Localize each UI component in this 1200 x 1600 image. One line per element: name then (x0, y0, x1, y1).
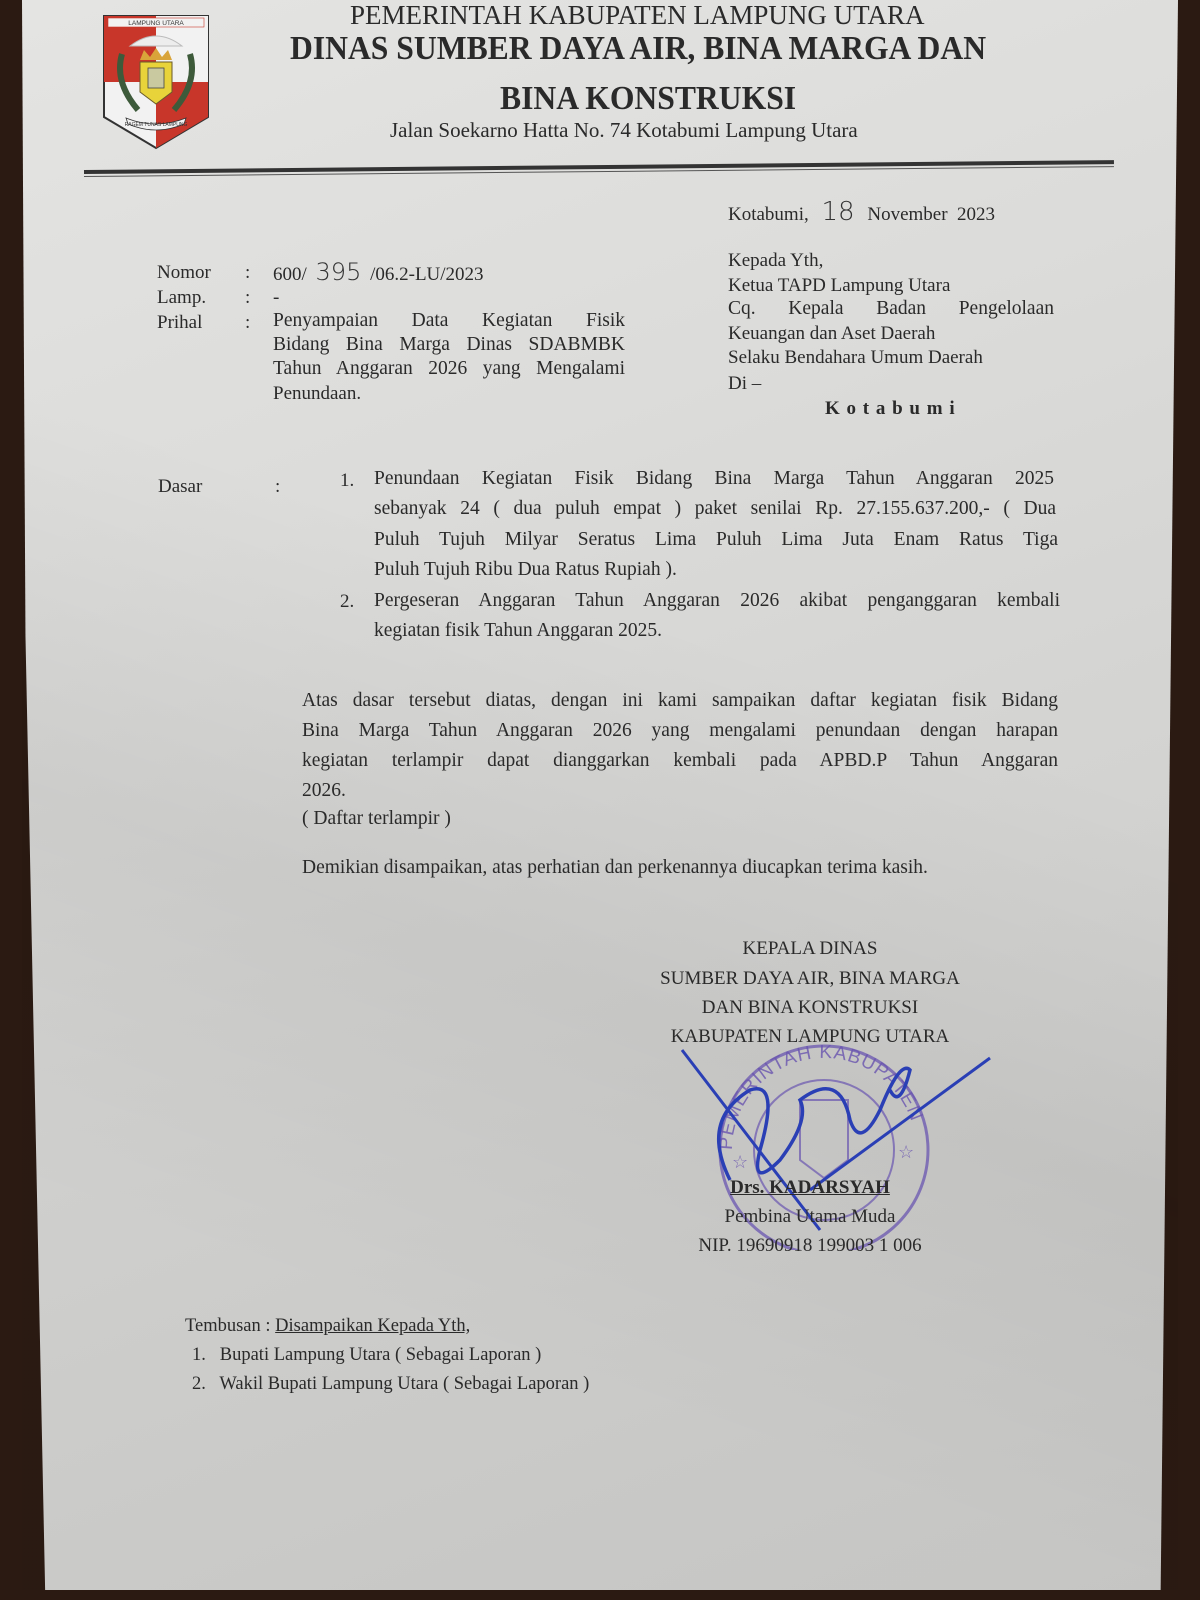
dasar-item-line: sebanyak 24 ( dua puluh empat ) paket se… (374, 498, 1056, 520)
signer-name: Drs. KADARSYAH (620, 1177, 1000, 1199)
prihal-line: Penyampaian Data Kegiatan Fisik (273, 310, 625, 332)
date-line: Kotabumi, 18 November 2023 (728, 197, 995, 227)
handwritten-number: 395 (316, 258, 362, 286)
prihal-label: Prihal (157, 312, 202, 334)
body-line: kegiatan terlampir dapat dianggarkan kem… (302, 750, 1058, 772)
lamp-label: Lamp. (157, 287, 206, 309)
prihal-line: Bidang Bina Marga Dinas SDABMBK (273, 334, 625, 356)
recipient-city: K o t a b u m i (825, 398, 956, 420)
recipient-line: Cq. Kepala Badan Pengelolaan (728, 298, 1054, 320)
dasar-item-line: Puluh Tujuh Ribu Dua Ratus Rupiah ). (374, 559, 677, 581)
dasar-item-line: Puluh Tujuh Milyar Seratus Lima Puluh Li… (374, 529, 1058, 551)
letter-number: 600/ 395 /06.2-LU/2023 (273, 258, 484, 286)
svg-text:LAMPUNG UTARA: LAMPUNG UTARA (128, 20, 184, 27)
recipient-line: Keuangan dan Aset Daerah (728, 323, 935, 345)
body-line: 2026. (302, 780, 346, 802)
signer-nip: NIP. 19690918 199003 1 006 (620, 1235, 1000, 1257)
lamp-value: - (273, 287, 279, 309)
signer-title: SUMBER DAYA AIR, BINA MARGA (620, 968, 1000, 990)
cc-item: 1. Bupati Lampung Utara ( Sebagai Lapora… (192, 1345, 541, 1366)
dasar-item-line: Penundaan Kegiatan Fisik Bidang Bina Mar… (374, 468, 1054, 490)
letterhead-government: PEMERINTAH KABUPATEN LAMPUNG UTARA (350, 0, 924, 31)
prihal-line: Penundaan. (273, 383, 361, 405)
cc-item: 2. Wakil Bupati Lampung Utara ( Sebagai … (192, 1374, 589, 1395)
signer-title: DAN BINA KONSTRUKSI (620, 997, 1000, 1019)
dasar-label: Dasar (158, 476, 202, 498)
prihal-line: Tahun Anggaran 2026 yang Mengalami (273, 358, 625, 380)
signer-rank: Pembina Utama Muda (620, 1206, 1000, 1228)
recipient-line: Selaku Bendahara Umum Daerah (728, 347, 983, 369)
letterhead-agency: DINAS SUMBER DAYA AIR, BINA MARGA DAN (290, 30, 986, 68)
body-line: Bina Marga Tahun Anggaran 2026 yang meng… (302, 720, 1058, 742)
dasar-item-line: Pergeseran Anggaran Tahun Anggaran 2026 … (374, 590, 1060, 612)
letterhead-agency-2: BINA KONSTRUKSI (500, 80, 796, 118)
attachment-note: ( Daftar terlampir ) (302, 808, 451, 830)
svg-text:RAGEM TUNAS LAMPUNG: RAGEM TUNAS LAMPUNG (125, 122, 188, 128)
recipient-line: Kepada Yth, (728, 250, 823, 272)
dasar-item-line: kegiatan fisik Tahun Anggaran 2025. (374, 620, 662, 642)
signer-title: KEPALA DINAS (620, 938, 1000, 960)
letterhead-address: Jalan Soekarno Hatta No. 74 Kotabumi Lam… (390, 118, 858, 143)
recipient-line: Ketua TAPD Lampung Utara (728, 275, 950, 297)
regional-coat-of-arms-icon: LAMPUNG UTARA RAGEM TUNAS LAMPUNG (100, 12, 212, 152)
body-line: Atas dasar tersebut diatas, dengan ini k… (302, 690, 1058, 712)
handwritten-day: 18 (822, 197, 855, 227)
nomor-label: Nomor (157, 262, 211, 284)
cc-heading: Tembusan : Disampaikan Kepada Yth, (185, 1316, 470, 1337)
closing-sentence: Demikian disampaikan, atas perhatian dan… (302, 857, 928, 879)
recipient-line: Di – (728, 373, 761, 395)
